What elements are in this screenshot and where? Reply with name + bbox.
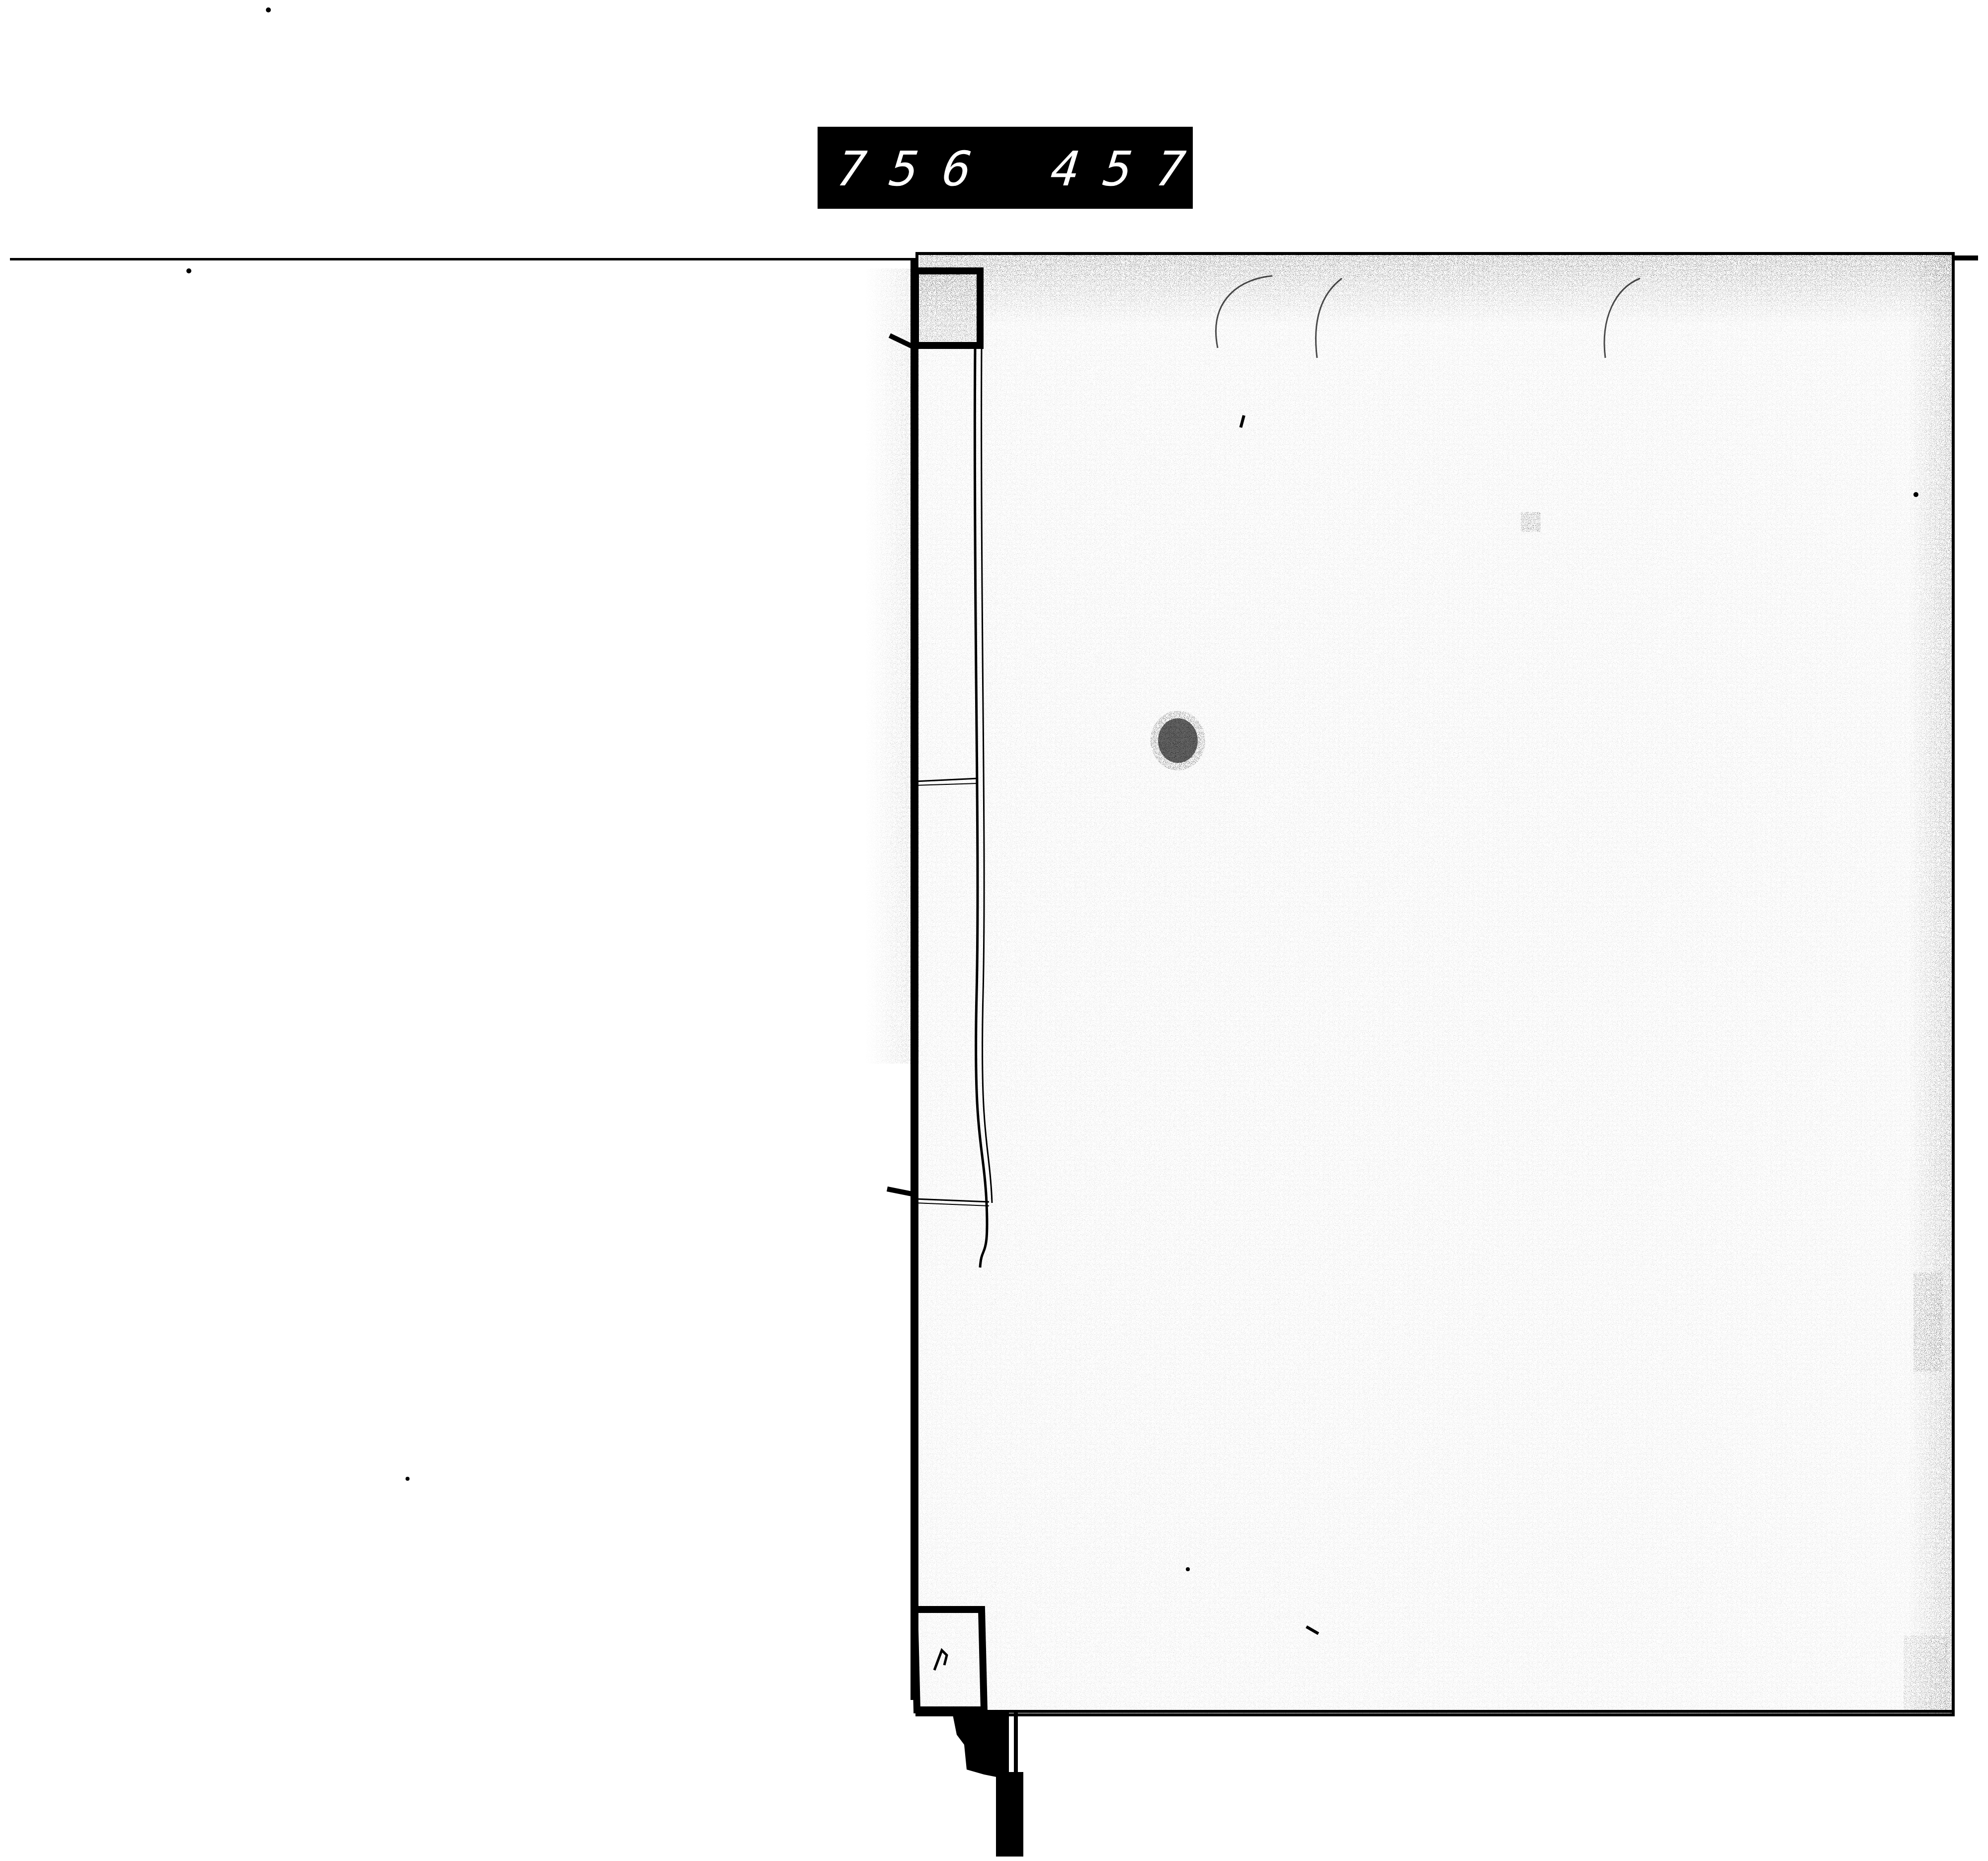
label-number-left: 756 [834, 139, 998, 199]
scan-canvas [0, 0, 1988, 1861]
book-cover [865, 254, 1953, 1715]
label-number-right: 457. [1048, 139, 1265, 199]
bottom-strap [952, 1710, 1023, 1857]
accession-label: 756 457. [818, 127, 1193, 209]
